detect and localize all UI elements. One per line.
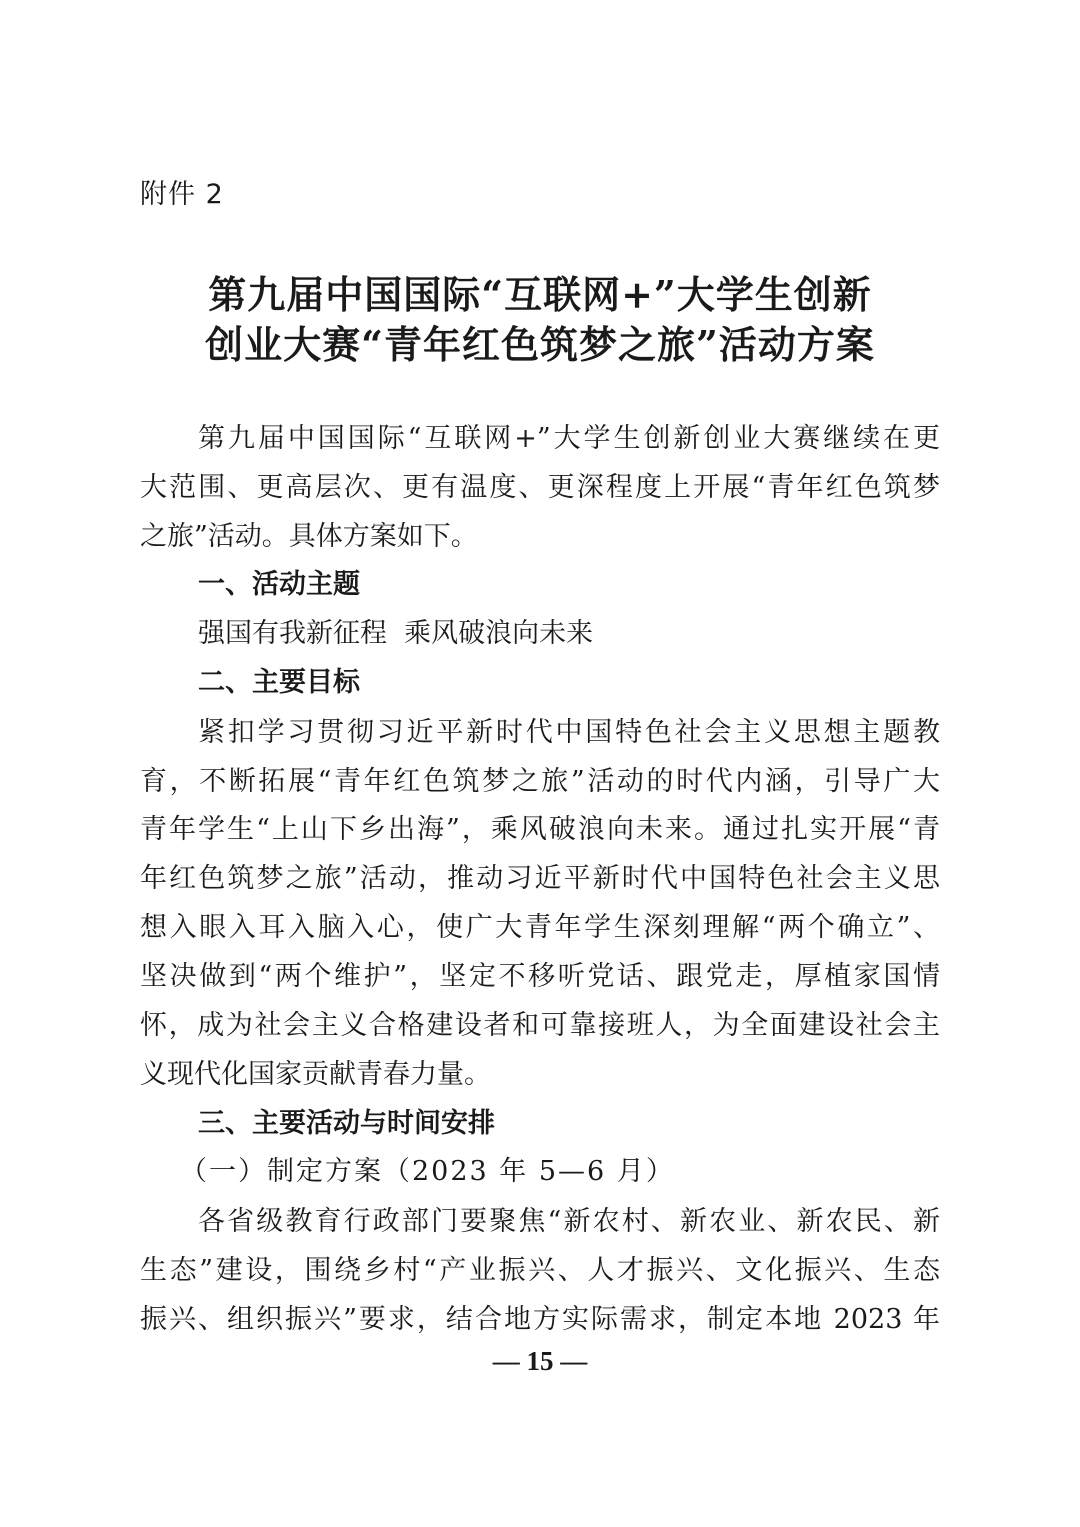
subsection-heading-plan: （一）制定方案（2023 年 5—6 月） (180, 1155, 675, 1189)
goals-paragraph-line: 育，不断拓展“青年红色筑梦之旅”活动的时代内涵，引导广大 (140, 765, 940, 799)
section-heading-theme: 一、活动主题 (198, 568, 360, 602)
section-heading-goals: 二、主要目标 (198, 666, 360, 700)
document-title-line-1: 第九届中国国际“互联网+”大学生创新 (0, 264, 1080, 319)
page-number: — 15 — (0, 1346, 1080, 1377)
plan-paragraph-line: 振兴、组织振兴”要求，结合地方实际需求，制定本地 2023 年 (140, 1303, 940, 1337)
plan-paragraph-line: 生态”建设，围绕乡村“产业振兴、人才振兴、文化振兴、生态 (140, 1254, 940, 1288)
document-page: 附件 2 第九届中国国际“互联网+”大学生创新 创业大赛“青年红色筑梦之旅”活动… (0, 0, 1080, 1527)
plan-paragraph-line: 各省级教育行政部门要聚焦“新农村、新农业、新农民、新 (198, 1205, 940, 1239)
intro-paragraph-line: 大范围、更高层次、更有温度、更深程度上开展“青年红色筑梦 (140, 471, 940, 505)
goals-paragraph-line: 义现代化国家贡献青春力量。 (140, 1058, 940, 1092)
document-title-line-2: 创业大赛“青年红色筑梦之旅”活动方案 (0, 314, 1080, 369)
attachment-label: 附件 2 (140, 172, 224, 211)
intro-paragraph-line: 之旅”活动。具体方案如下。 (140, 520, 940, 554)
goals-paragraph-line: 青年学生“上山下乡出海”，乘风破浪向未来。通过扎实开展“青 (140, 813, 940, 847)
goals-paragraph-line: 想入眼入耳入脑入心，使广大青年学生深刻理解“两个确立”、 (140, 911, 940, 945)
goals-paragraph-line: 坚决做到“两个维护”，坚定不移听党话、跟党走，厚植家国情 (140, 960, 940, 994)
goals-paragraph-line: 年红色筑梦之旅”活动，推动习近平新时代中国特色社会主义思 (140, 862, 940, 896)
goals-paragraph-line: 紧扣学习贯彻习近平新时代中国特色社会主义思想主题教 (198, 716, 940, 750)
section-heading-activities: 三、主要活动与时间安排 (198, 1107, 495, 1141)
intro-paragraph-line: 第九届中国国际“互联网+”大学生创新创业大赛继续在更 (198, 422, 940, 456)
theme-text: 强国有我新征程 乘风破浪向未来 (198, 617, 940, 651)
goals-paragraph-line: 怀，成为社会主义合格建设者和可靠接班人，为全面建设社会主 (140, 1009, 940, 1043)
